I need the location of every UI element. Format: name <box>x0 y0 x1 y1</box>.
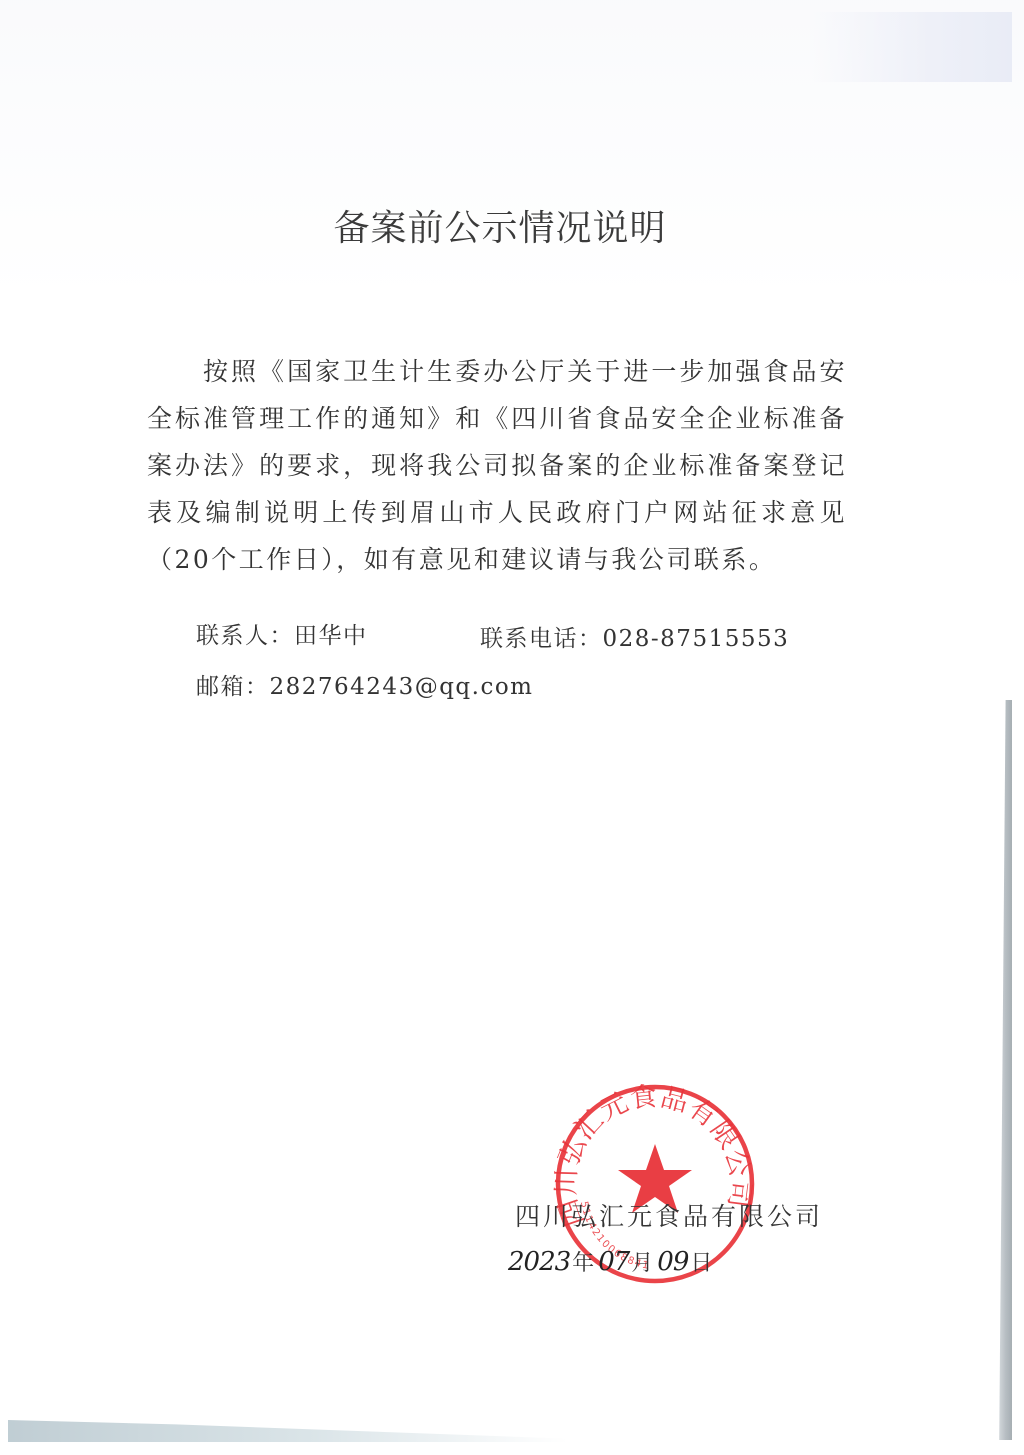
contact-email: 邮箱：282764243@qq.com <box>196 668 534 701</box>
scan-corner-artifact <box>812 12 1012 82</box>
contact-phone: 联系电话：028-87515553 <box>480 620 789 653</box>
date-year-unit: 年 <box>572 1251 594 1276</box>
contact-email-label: 邮箱： <box>196 674 270 700</box>
contact-phone-value: 028-87515553 <box>603 626 790 652</box>
scan-right-edge-shadow <box>996 700 1012 1440</box>
date-year: 2023 <box>508 1247 570 1277</box>
contact-phone-label: 联系电话： <box>480 626 603 652</box>
contact-email-value: 282764243@qq.com <box>270 674 534 700</box>
contact-person-label: 联系人： <box>196 623 294 649</box>
scan-bottom-edge-shadow <box>8 1420 568 1442</box>
date-month-unit: 月 <box>631 1251 653 1276</box>
contact-person: 联系人：田华中 <box>196 617 368 650</box>
date-day: 09 <box>657 1247 688 1277</box>
signature-date: 2023年07月09日 <box>508 1246 716 1277</box>
body-paragraph: 按照《国家卫生计生委办公厅关于进一步加强食品安全标准管理工作的通知》和《四川省食… <box>147 348 847 583</box>
company-name: 四川弘汇元食品有限公司 <box>515 1197 823 1233</box>
date-day-unit: 日 <box>690 1251 712 1276</box>
notice-paragraph: 按照《国家卫生计生委办公厅关于进一步加强食品安全标准管理工作的通知》和《四川省食… <box>147 348 847 583</box>
date-month: 07 <box>598 1247 629 1277</box>
contact-person-value: 田华中 <box>294 623 368 649</box>
document-title: 备案前公示情况说明 <box>0 200 1000 251</box>
